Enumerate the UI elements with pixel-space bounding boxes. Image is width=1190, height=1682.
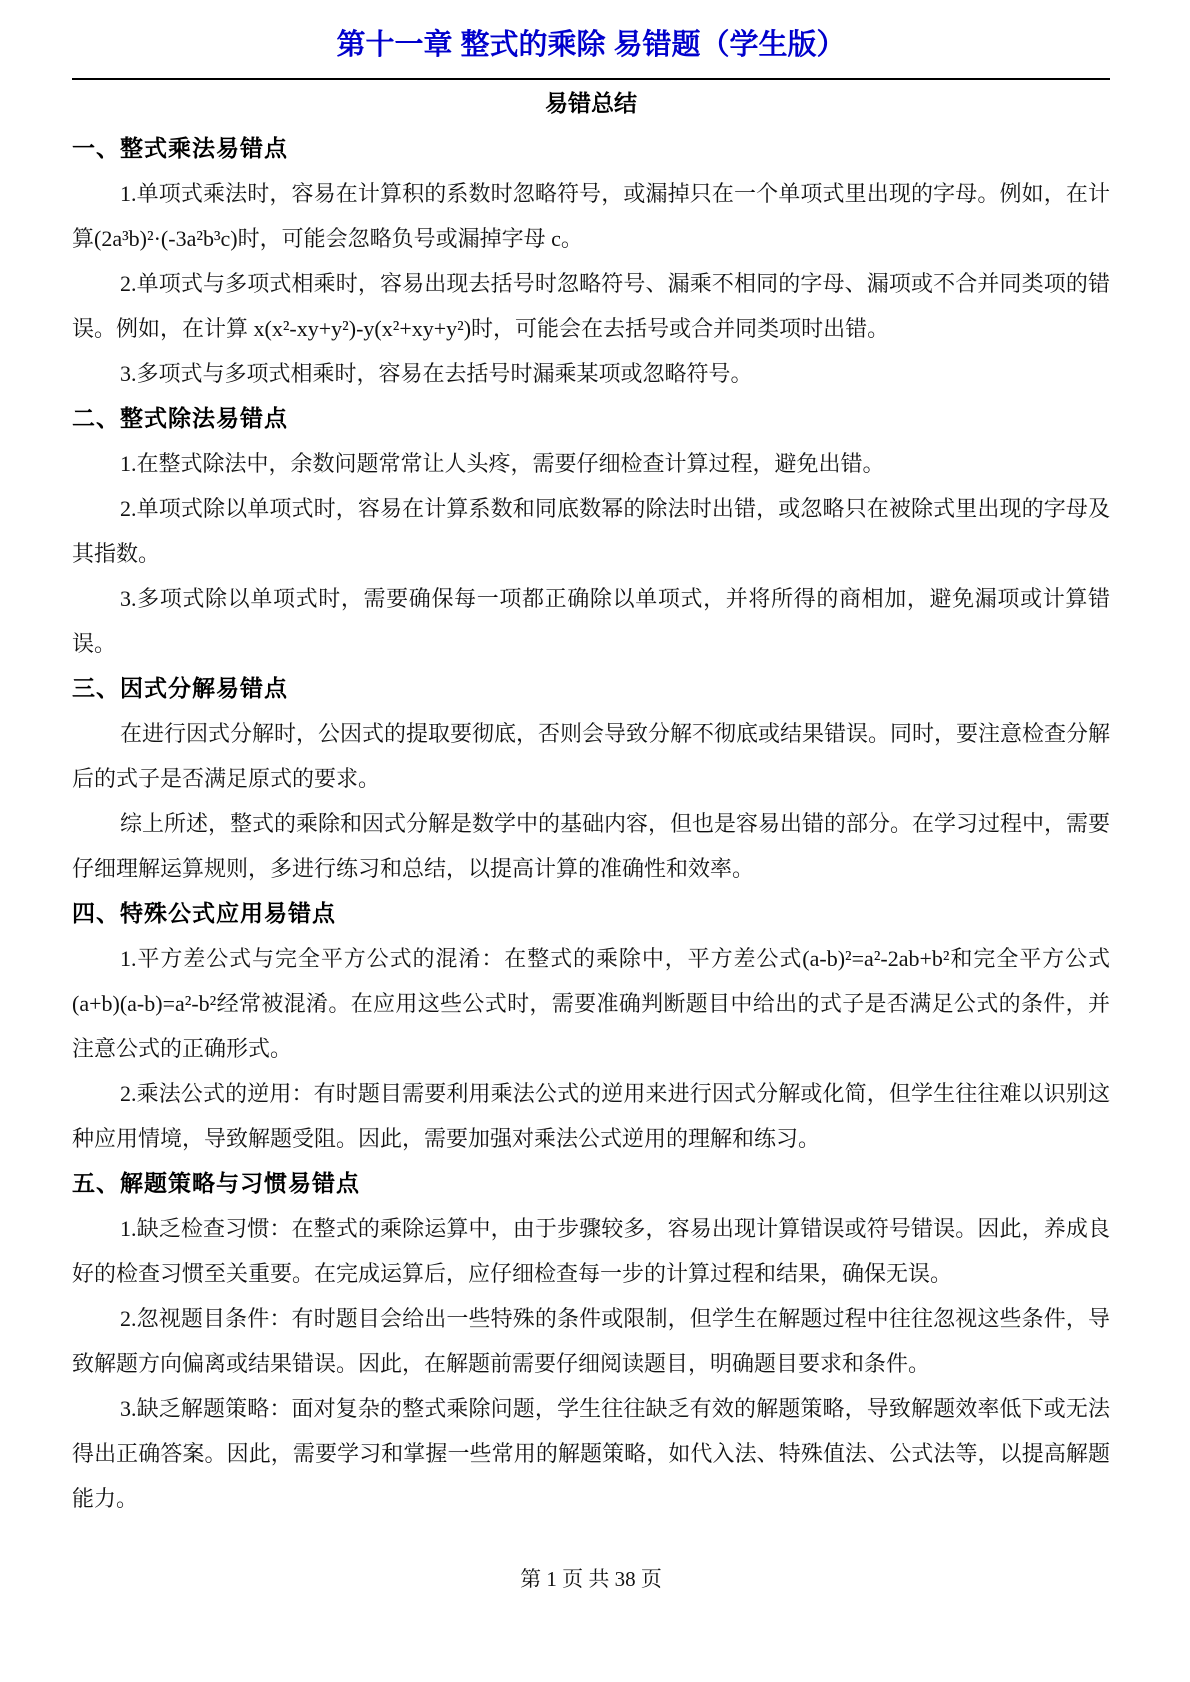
paragraph: 3.多项式与多项式相乘时，容易在去括号时漏乘某项或忽略符号。 [72,351,1110,396]
paragraph: 1.单项式乘法时，容易在计算积的系数时忽略符号，或漏掉只在一个单项式里出现的字母… [72,171,1110,261]
paragraph: 3.缺乏解题策略：面对复杂的整式乘除问题，学生往往缺乏有效的解题策略，导致解题效… [72,1386,1110,1521]
paragraph: 1.缺乏检查习惯：在整式的乘除运算中，由于步骤较多，容易出现计算错误或符号错误。… [72,1206,1110,1296]
paragraph: 2.忽视题目条件：有时题目会给出一些特殊的条件或限制，但学生在解题过程中往往忽视… [72,1296,1110,1386]
section-heading: 五、解题策略与习惯易错点 [72,1161,1110,1206]
document-page: 第十一章 整式的乘除 易错题（学生版） 易错总结 一、整式乘法易错点 1.单项式… [0,0,1190,1682]
section: 四、特殊公式应用易错点 1.平方差公式与完全平方公式的混淆：在整式的乘除中，平方… [72,891,1110,1161]
paragraph: 1.平方差公式与完全平方公式的混淆：在整式的乘除中，平方差公式(a-b)²=a²… [72,936,1110,1071]
section: 五、解题策略与习惯易错点 1.缺乏检查习惯：在整式的乘除运算中，由于步骤较多，容… [72,1161,1110,1521]
paragraph: 2.单项式与多项式相乘时，容易出现去括号时忽略符号、漏乘不相同的字母、漏项或不合… [72,261,1110,351]
section-heading: 二、整式除法易错点 [72,396,1110,441]
section: 三、因式分解易错点 在进行因式分解时，公因式的提取要彻底，否则会导致分解不彻底或… [72,666,1110,891]
page-footer: 第 1 页 共 38 页 [72,1557,1110,1602]
paragraph: 在进行因式分解时，公因式的提取要彻底，否则会导致分解不彻底或结果错误。同时，要注… [72,711,1110,801]
section-heading: 三、因式分解易错点 [72,666,1110,711]
document-subtitle: 易错总结 [72,80,1110,126]
paragraph: 综上所述，整式的乘除和因式分解是数学中的基础内容，但也是容易出错的部分。在学习过… [72,801,1110,891]
section-paragraphs: 在进行因式分解时，公因式的提取要彻底，否则会导致分解不彻底或结果错误。同时，要注… [72,711,1110,891]
section-paragraphs: 1.单项式乘法时，容易在计算积的系数时忽略符号，或漏掉只在一个单项式里出现的字母… [72,171,1110,396]
section-heading: 一、整式乘法易错点 [72,126,1110,171]
paragraph: 1.在整式除法中，余数问题常常让人头疼，需要仔细检查计算过程，避免出错。 [72,441,1110,486]
sections: 一、整式乘法易错点 1.单项式乘法时，容易在计算积的系数时忽略符号，或漏掉只在一… [72,126,1110,1521]
section: 一、整式乘法易错点 1.单项式乘法时，容易在计算积的系数时忽略符号，或漏掉只在一… [72,126,1110,396]
section-paragraphs: 1.在整式除法中，余数问题常常让人头疼，需要仔细检查计算过程，避免出错。2.单项… [72,441,1110,666]
section-paragraphs: 1.平方差公式与完全平方公式的混淆：在整式的乘除中，平方差公式(a-b)²=a²… [72,936,1110,1161]
paragraph: 3.多项式除以单项式时，需要确保每一项都正确除以单项式，并将所得的商相加，避免漏… [72,576,1110,666]
paragraph: 2.单项式除以单项式时，容易在计算系数和同底数幂的除法时出错，或忽略只在被除式里… [72,486,1110,576]
paragraph: 2.乘法公式的逆用：有时题目需要利用乘法公式的逆用来进行因式分解或化简，但学生往… [72,1071,1110,1161]
section-paragraphs: 1.缺乏检查习惯：在整式的乘除运算中，由于步骤较多，容易出现计算错误或符号错误。… [72,1206,1110,1521]
section: 二、整式除法易错点 1.在整式除法中，余数问题常常让人头疼，需要仔细检查计算过程… [72,396,1110,666]
document-title: 第十一章 整式的乘除 易错题（学生版） [72,26,1110,64]
section-heading: 四、特殊公式应用易错点 [72,891,1110,936]
